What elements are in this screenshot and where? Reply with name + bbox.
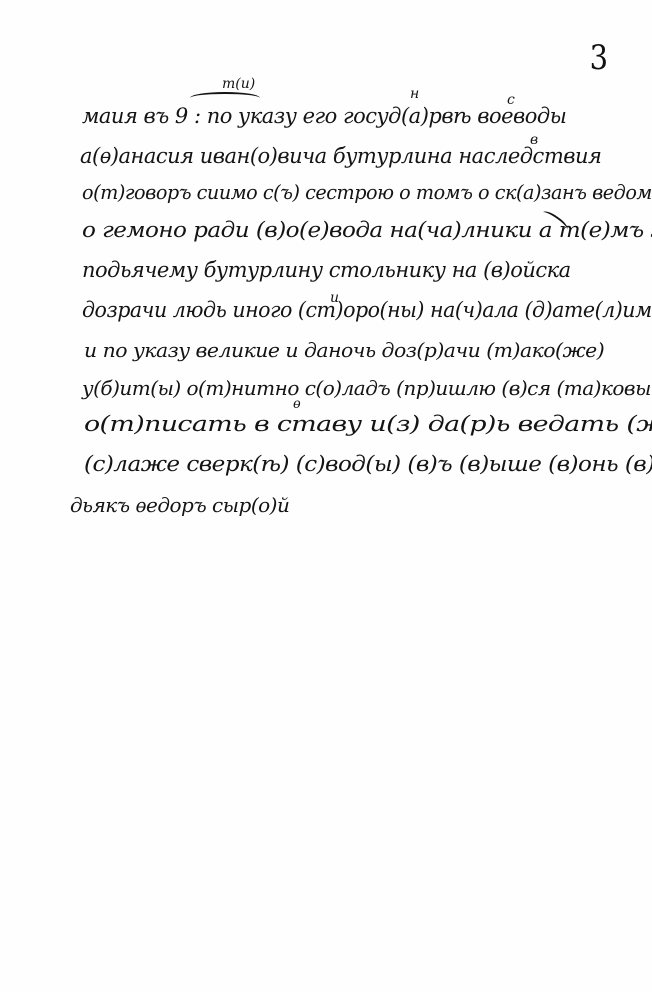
manuscript-page: 3 маия въ 9 : по указу его госуд(а)рвѣ в… — [0, 0, 652, 992]
flourish-line-1 — [190, 92, 260, 104]
superscript-3: с — [507, 92, 515, 108]
manuscript-line-7: и по указу великие и даночь доз(р)ачи (т… — [84, 338, 604, 362]
manuscript-line-2: а(ѳ)анасия иван(о)вича бутурлина наследс… — [80, 144, 601, 168]
superscript-5: и — [330, 290, 339, 306]
superscript-4: в — [530, 132, 538, 148]
manuscript-line-8: у(б)ит(ы) о(т)нитно с(о)ладъ (пр)ишлю (в… — [82, 376, 652, 400]
manuscript-line-10: (с)лаже сверк(ѣ) (с)вод(ы) (в)ъ (в)ыше (… — [84, 452, 652, 476]
superscript-6: ѳ — [293, 396, 301, 412]
manuscript-line-1: маия въ 9 : по указу его госуд(а)рвѣ вое… — [82, 104, 566, 128]
manuscript-line-3: о(т)говоръ сиимо с(ъ) сестрою о томъ о с… — [82, 180, 652, 204]
manuscript-line-9: о(т)писать в ставу и(з) да(р)ь ведать (ж… — [84, 412, 652, 436]
manuscript-line-6: дозрачи людь иного (ст)оро(ны) на(ч)ала … — [82, 298, 652, 322]
manuscript-line-5: подьячему бутурлину стольнику на (в)ойск… — [82, 258, 571, 282]
superscript-2: н — [410, 86, 419, 102]
manuscript-line-11: дьякъ ѳедоръ сыр(о)й — [70, 493, 289, 517]
superscript-1: т(и) — [222, 76, 255, 92]
page-number: 3 — [590, 38, 608, 78]
